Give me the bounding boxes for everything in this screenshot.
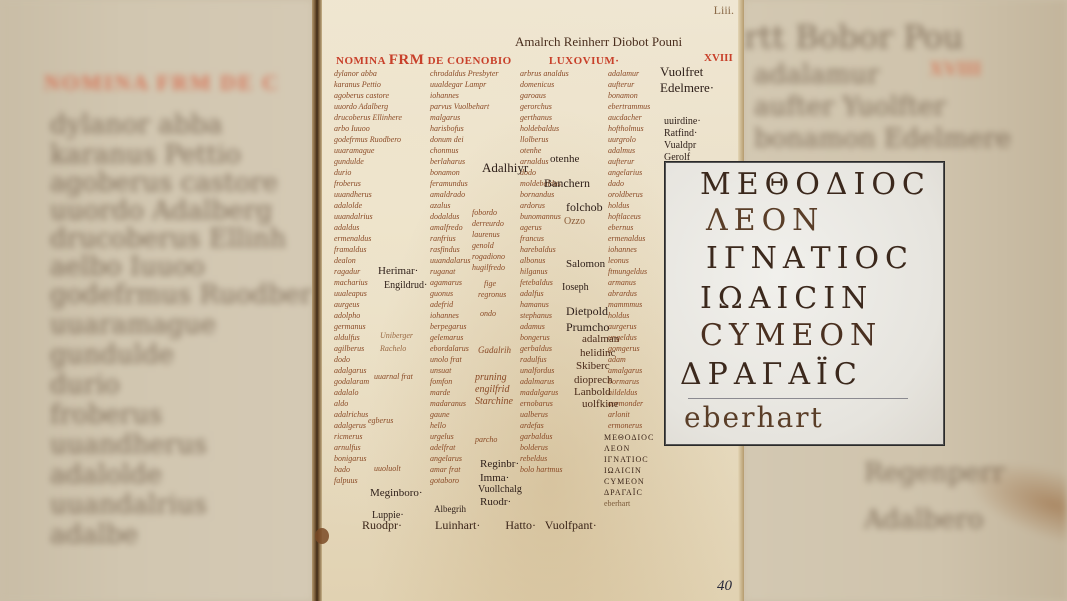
- names-column-2: chrodaldus Presbyter uualdegar Lampr ioh…: [430, 68, 499, 486]
- name-entry: ualberus: [520, 409, 569, 420]
- dark-name: folchob: [566, 200, 603, 215]
- name-entry: garbaldus: [520, 431, 569, 442]
- dark-name: Meginboro·: [370, 487, 423, 499]
- dark-name: Adalhiyr: [482, 160, 528, 176]
- name-entry: garoaus: [520, 90, 569, 101]
- name-entry: parvus Vuolbehart: [430, 101, 499, 112]
- dark-name: uuirdine·: [664, 116, 701, 127]
- page-binding: [312, 0, 322, 601]
- marginal-name: Gadalrih: [478, 345, 511, 356]
- name-entry: gerthanus: [520, 112, 569, 123]
- marginal-name: Rachelo: [380, 343, 406, 354]
- blurred-line: rtt Bobor Pou: [744, 18, 963, 56]
- marginal-name: Uniberger: [380, 330, 413, 341]
- dark-name: Ozzo: [564, 216, 585, 227]
- inset-latin-name: eberhart: [684, 401, 824, 434]
- name-entry: hello: [430, 420, 499, 431]
- dark-name: Albegrih: [434, 504, 466, 514]
- name-entry: iohannes: [430, 90, 499, 101]
- greek-name: ΙΓΝΑΤΙΟϹ: [604, 454, 654, 465]
- name-entry: oroldberus: [608, 189, 650, 200]
- heading-de-coenobio: DE COENOBIO: [428, 55, 512, 67]
- name-entry: hoftholmus: [608, 123, 650, 134]
- inset-greek-name: ΛΕΟΝ: [706, 203, 944, 238]
- greek-name: ΙΩΑΙϹΙΝ: [604, 465, 654, 476]
- name-entry: harebaldus: [520, 244, 569, 255]
- name-entry: arbo Iuuoo: [334, 123, 402, 134]
- greek-names-block: ΜΕΘΟΔΙΟϹ ΛΕΟΝ ΙΓΝΑΤΙΟϹ ΙΩΑΙϹΙΝ ϹΥΜΕΟΝ ΔΡ…: [604, 432, 654, 509]
- marginal-name: fobordo: [472, 207, 497, 218]
- name-entry: radulfus: [520, 354, 569, 365]
- blurred-line: godefrmus Ruodbero: [50, 280, 312, 310]
- name-entry: uualdegar Lampr: [430, 79, 499, 90]
- name-entry: adalolde: [334, 200, 402, 211]
- name-entry: stephanus: [520, 310, 569, 321]
- blurred-line: drucoberus Ellinh: [50, 224, 286, 254]
- blurred-line: uuordo Adalberg: [50, 196, 272, 226]
- name-entry: dado: [608, 178, 650, 189]
- name-entry: uuandherus: [334, 189, 402, 200]
- name-entry: amalgarus: [608, 365, 650, 376]
- name-entry: adalmarus: [520, 376, 569, 387]
- blurred-line: froberus: [50, 400, 162, 430]
- inset-greek-name: ΙΩΑΙϹΙΝ: [700, 281, 944, 316]
- bottom-name: Hatto·: [505, 518, 536, 532]
- name-entry: agerus: [520, 222, 569, 233]
- blurred-line: gundulde: [50, 340, 174, 370]
- name-entry: hamanus: [520, 299, 569, 310]
- name-entry: iohannes: [608, 244, 650, 255]
- dark-name: Dietpold: [566, 304, 608, 319]
- name-entry: chonmus: [430, 145, 499, 156]
- dark-name: uolfkine: [582, 398, 619, 410]
- inset-ruling-line: [688, 398, 908, 399]
- marginal-name: pruning: [475, 372, 507, 383]
- dark-name: adalman: [582, 333, 619, 345]
- name-entry: hoftlaceus: [608, 211, 650, 222]
- marginal-name: egberus: [368, 415, 393, 426]
- name-entry: adaldus: [334, 222, 402, 233]
- latin-name: eberhart: [604, 498, 654, 509]
- name-entry: drucoberus Ellinhere: [334, 112, 402, 123]
- inset-greek-name: ΔΡΑΓΑΪϹ: [680, 357, 944, 392]
- dark-name: Herimar·: [378, 265, 418, 277]
- name-entry: ermonerus: [608, 420, 650, 431]
- name-entry: arlonit: [608, 409, 650, 420]
- greek-name: ΔΡΑΓΑΪϹ: [604, 487, 654, 498]
- binding-stain: [315, 528, 329, 544]
- blurred-background-left: NOMINA FRM DE C dylanor abba karanus Pet…: [0, 0, 312, 601]
- name-entry: ebertrammus: [608, 101, 650, 112]
- bottom-name: Ruodpr·: [362, 518, 402, 532]
- name-entry: aurgeus: [334, 299, 402, 310]
- name-entry: gaune: [430, 409, 499, 420]
- name-entry: aufterur: [608, 156, 650, 167]
- blurred-line: Adalbero: [864, 505, 983, 535]
- blurred-heading: NOMINA FRM DE C: [44, 70, 280, 96]
- rubric-column-mark: XVIII: [704, 52, 733, 64]
- name-entry: uuordo Adalberg: [334, 101, 402, 112]
- name-entry: uuandalrius: [334, 211, 402, 222]
- dark-name: helidinc: [580, 347, 615, 359]
- name-entry: ebernus: [608, 222, 650, 233]
- names-column-3: arbrus analdus domenicus garoaus gerorch…: [520, 68, 569, 475]
- name-entry: aucdacher: [608, 112, 650, 123]
- name-entry: gerorchus: [520, 101, 569, 112]
- name-entry: holdus: [608, 310, 650, 321]
- inset-greek-name: ΜΕΘΟΔΙΟϹ: [700, 167, 944, 202]
- name-entry: bolo hartmus: [520, 464, 569, 475]
- name-entry: francus: [520, 233, 569, 244]
- name-entry: dylanor abba: [334, 68, 402, 79]
- name-entry: ermenaldus: [608, 233, 650, 244]
- bottom-name: Vuolfpant·: [545, 518, 597, 532]
- name-entry: ardorus: [520, 200, 569, 211]
- name-entry: uurgrolo: [608, 134, 650, 145]
- dark-name: Lanbold: [574, 386, 611, 398]
- name-entry: framaldus: [334, 244, 402, 255]
- name-entry: godefrmus Ruodbero: [334, 134, 402, 145]
- blurred-line: uuandherus: [50, 430, 207, 460]
- name-entry: ricmerus: [334, 431, 402, 442]
- name-entry: gelemarus: [430, 332, 499, 343]
- name-entry: ernobarus: [520, 398, 569, 409]
- heading-nomina: NOMINA: [336, 55, 385, 67]
- name-entry: adalamur: [608, 68, 650, 79]
- dark-name: Vuollchalg: [478, 484, 522, 495]
- heading-frm: FRM: [389, 52, 425, 68]
- name-entry: karanus Pettio: [334, 79, 402, 90]
- inset-greek-name: ΙΓΝΑΤΙΟϹ: [706, 241, 944, 276]
- blurred-line: aelbo Iuuoo: [50, 252, 205, 282]
- names-column-4: adalamur aufterur bonamon ebertrammus au…: [608, 68, 650, 431]
- name-entry: uuaramague: [334, 145, 402, 156]
- blurred-line: uuaramague: [50, 310, 216, 340]
- name-entry: adolpho: [334, 310, 402, 321]
- name-entry: bonamon: [608, 90, 650, 101]
- name-entry: aurgerus: [608, 321, 650, 332]
- name-entry: albonus: [520, 255, 569, 266]
- marginal-name: regronus: [478, 289, 506, 300]
- name-entry: donum dei: [430, 134, 499, 145]
- blurred-line: uuandalrius: [50, 490, 207, 520]
- name-entry: mammmus: [608, 299, 650, 310]
- folio-mark: Liii.: [714, 3, 734, 18]
- blurred-line: agoberus castore: [50, 168, 278, 198]
- marginal-name: engilfrid: [475, 384, 509, 395]
- dark-name: Vuolfret: [660, 64, 703, 80]
- name-entry: armanus: [608, 277, 650, 288]
- rubric-heading: NOMINA FRM DE COENOBIO LUXOVIUM·: [336, 52, 619, 69]
- marginal-name: uuoluolt: [374, 463, 401, 474]
- blurred-line: karanus Pettio: [50, 140, 241, 170]
- heading-luxovium: LUXOVIUM·: [549, 55, 620, 67]
- name-entry: ardefas: [520, 420, 569, 431]
- name-entry: ermenaldus: [334, 233, 402, 244]
- blurred-line: durio: [50, 370, 120, 400]
- name-entry: bongerus: [520, 332, 569, 343]
- dark-name: otenhe: [550, 153, 579, 165]
- name-entry: aldo: [334, 398, 402, 409]
- dark-name: Skiberc: [576, 360, 610, 372]
- name-entry: angelarius: [608, 167, 650, 178]
- name-entry: amaldrado: [430, 189, 499, 200]
- page-number: 40: [717, 578, 732, 595]
- dark-name: dioprech: [574, 374, 612, 386]
- dark-name: Reginbr·: [480, 458, 519, 470]
- bottom-names-line: Ruodpr· Luinhart· Hatto· Vuolfpant·: [462, 518, 619, 533]
- dark-name: Banchern: [544, 176, 590, 191]
- blurred-line: bonamon Edelmere: [754, 124, 1011, 154]
- name-entry: gundulde: [334, 156, 402, 167]
- name-entry: berpegarus: [430, 321, 499, 332]
- name-entry: agoberus castore: [334, 90, 402, 101]
- marginal-name: parcho: [475, 434, 497, 445]
- name-entry: domenicus: [520, 79, 569, 90]
- dark-name: Ratfind·: [664, 128, 697, 139]
- bottom-name: Luinhart·: [435, 518, 480, 532]
- marginal-name: laurenus: [472, 229, 500, 240]
- blurred-line: adalbe: [50, 520, 138, 550]
- name-entry: gerbaldus: [520, 343, 569, 354]
- marginal-name: fige: [484, 278, 496, 289]
- name-entry: arbrus analdus: [520, 68, 569, 79]
- name-entry: leonus: [608, 255, 650, 266]
- dark-name: Ioseph: [562, 282, 589, 293]
- dark-name: Ruodr·: [480, 496, 511, 508]
- name-entry: adalmus: [608, 145, 650, 156]
- marginal-name: ondo: [480, 308, 496, 319]
- name-entry: rebeldus: [520, 453, 569, 464]
- name-entry: chrodaldus Presbyter: [430, 68, 499, 79]
- name-entry: holdebaldus: [520, 123, 569, 134]
- name-entry: bolderus: [520, 442, 569, 453]
- marginal-name: genold: [472, 240, 494, 251]
- name-entry: bunomannus: [520, 211, 569, 222]
- name-entry: unalfordus: [520, 365, 569, 376]
- greek-name: ϹΥΜΕΟΝ: [604, 476, 654, 487]
- name-entry: abrardus: [608, 288, 650, 299]
- name-entry: adamus: [520, 321, 569, 332]
- name-entry: holdus: [608, 200, 650, 211]
- name-entry: llolberus: [520, 134, 569, 145]
- dark-name: Imma·: [480, 472, 509, 484]
- blurred-line: aufter Yuolfter: [754, 92, 946, 122]
- name-entry: bormarus: [608, 376, 650, 387]
- blurred-line: adalamur: [754, 60, 879, 90]
- marginal-name: derreurdo: [472, 218, 504, 229]
- dark-name: Edelmere·: [660, 80, 714, 96]
- dark-name: Engildrud·: [384, 280, 427, 291]
- name-entry: durio: [334, 167, 402, 178]
- marginal-name: Starchine: [475, 396, 513, 407]
- dark-name: Vualdpr: [664, 140, 696, 151]
- name-entry: hilganus: [520, 266, 569, 277]
- greek-name: ΛΕΟΝ: [604, 443, 654, 454]
- name-entry: froberus: [334, 178, 402, 189]
- blurred-red-mark: XVIII: [929, 58, 981, 81]
- marginal-name: hugilfredo: [472, 262, 505, 273]
- top-names-line: Amalrch Reinherr Diobot Pouni: [515, 34, 682, 50]
- name-entry: aufterur: [608, 79, 650, 90]
- zoom-inset: ΜΕΘΟΔΙΟϹ ΛΕΟΝ ΙΓΝΑΤΙΟϹ ΙΩΑΙϹΙΝ ϹΥΜΕΟΝ ΔΡ…: [665, 162, 944, 445]
- name-entry: ftmungeldus: [608, 266, 650, 277]
- name-entry: dodo: [334, 354, 402, 365]
- blurred-line: dylanor abba: [50, 110, 223, 140]
- name-entry: hildeldus: [608, 387, 650, 398]
- name-entry: madalgarus: [520, 387, 569, 398]
- name-entry: adalalo: [334, 387, 402, 398]
- name-entry: harisbofus: [430, 123, 499, 134]
- marginal-name: uuarnal frat: [374, 371, 413, 382]
- dark-name: Salomon: [566, 258, 605, 270]
- inset-greek-name: ϹΥΜΕΟΝ: [700, 318, 944, 353]
- name-entry: malgarus: [430, 112, 499, 123]
- name-entry: falpuus: [334, 475, 402, 486]
- name-entry: arnulfus: [334, 442, 402, 453]
- marginal-name: rogadiono: [472, 251, 505, 262]
- greek-name: ΜΕΘΟΔΙΟϹ: [604, 432, 654, 443]
- blurred-line: adalolde: [50, 460, 162, 490]
- name-entry: feramundus: [430, 178, 499, 189]
